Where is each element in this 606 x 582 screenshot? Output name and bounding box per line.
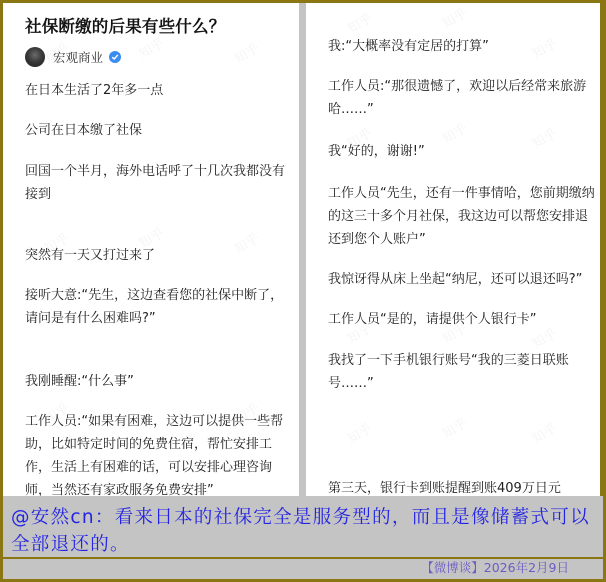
watermark: 知乎 xyxy=(438,3,470,32)
weibo-comment-caption: @安然cn：看来日本的社保完全是服务型的，而且是像储蓄式可以全部退还的。 xyxy=(3,498,603,554)
answer-paragraph: 我:“大概率没有定居的打算” xyxy=(328,35,598,58)
question-title[interactable]: 社保断缴的后果有些什么？ xyxy=(25,13,225,37)
screenshot-panels: 知乎 知乎 知乎 知乎 知乎 知乎 知乎 知乎 社保断缴的后果有些什么？ 宏观商… xyxy=(3,3,603,496)
answer-paragraph: 在日本生活了2年多一点 xyxy=(25,79,293,102)
avatar[interactable] xyxy=(25,47,45,67)
answer-paragraph: 我刚睡醒:“什么事” xyxy=(25,370,293,393)
source-date-footer: 【微博谈】2026年2月9日 xyxy=(3,559,603,579)
answer-paragraph: 突然有一天又打过来了 xyxy=(25,244,293,267)
watermark: 知乎 xyxy=(438,413,470,442)
answer-paragraph: 工作人员“是的，请提供个人银行卡” xyxy=(328,308,598,331)
answer-paragraph: 回国一个半月，海外电话呼了十几次我都没有接到 xyxy=(25,160,293,206)
answer-paragraph: 我“好的，谢谢!” xyxy=(328,140,598,163)
answer-paragraph: 工作人员:“那很遗憾了，欢迎以后经常来旅游哈……” xyxy=(328,75,598,121)
author-name[interactable]: 宏观商业 xyxy=(53,48,103,66)
right-screenshot-panel: 知乎 知乎 知乎 知乎 知乎 知乎 知乎 知乎 知乎 知乎 知乎 知乎 我:“大… xyxy=(306,3,603,496)
answer-paragraph: 第三天，银行卡到账提醒到账409万日元 xyxy=(328,477,598,496)
watermark: 知乎 xyxy=(230,38,262,67)
answer-paragraph: 公司在日本缴了社保 xyxy=(25,119,293,142)
watermark: 知乎 xyxy=(343,418,375,447)
watermark: 知乎 xyxy=(135,33,167,62)
verified-check-icon xyxy=(109,51,121,63)
author-row[interactable]: 宏观商业 xyxy=(25,47,121,67)
watermark: 知乎 xyxy=(528,418,560,447)
answer-paragraph: 我找了一下手机银行账号“我的三菱日联账号……” xyxy=(328,349,598,395)
watermark: 知乎 xyxy=(343,8,375,37)
answer-paragraph: 工作人员:“如果有困难，这边可以提供一些帮助，比如特定时间的免费住宿，帮忙安排工… xyxy=(25,410,293,496)
left-screenshot-panel: 知乎 知乎 知乎 知乎 知乎 知乎 知乎 知乎 社保断缴的后果有些什么？ 宏观商… xyxy=(3,3,299,496)
answer-paragraph: 接听大意:“先生，这边查看您的社保中断了，请问是有什么困难吗?” xyxy=(25,284,293,330)
answer-paragraph: 我惊讶得从床上坐起“纳尼，还可以退还吗?” xyxy=(328,268,598,291)
answer-paragraph: 工作人员“先生，还有一件事情哈，您前期缴纳的这三十多个月社保，我这边可以帮您安排… xyxy=(328,182,598,251)
